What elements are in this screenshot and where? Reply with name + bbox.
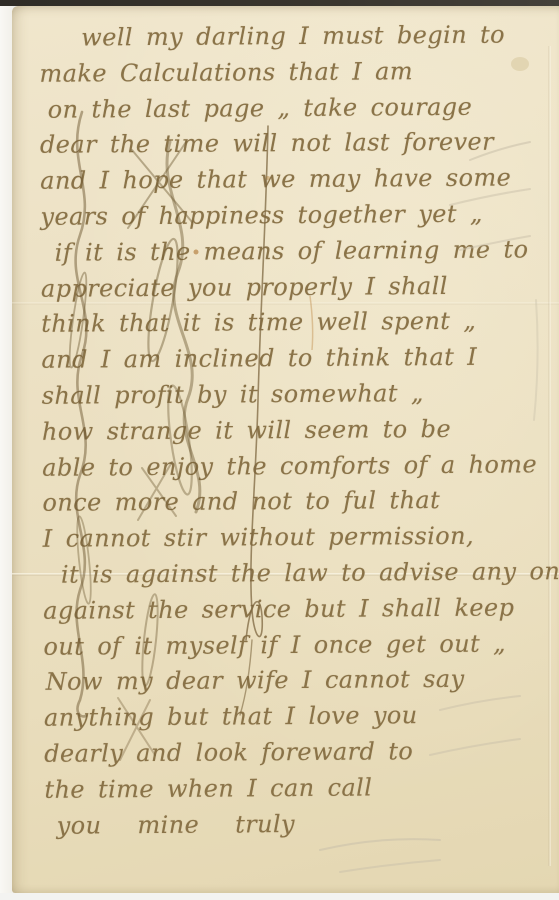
letter-line: the time when I can call bbox=[44, 772, 556, 811]
letter-line: anything but that I love you bbox=[44, 700, 556, 739]
letter-line: you mine truly bbox=[45, 808, 557, 847]
paper-sheet: well my darling I must begin to make Cal… bbox=[12, 6, 559, 893]
letter-line: once more and not to ful that bbox=[42, 486, 554, 525]
letter-line: how strange it will seem to be bbox=[42, 414, 554, 453]
letter-line: dearly and look foreward to bbox=[44, 736, 556, 775]
letter-line: able to enjoy the comforts of a home bbox=[42, 450, 554, 489]
letter-line: dear the time will not last forever bbox=[40, 128, 552, 167]
letter-line: years of happiness together yet „ bbox=[40, 199, 552, 238]
letter-line: it is against the law to advise any one bbox=[43, 557, 555, 596]
letter-line: shall profit by it somewhat „ bbox=[42, 378, 554, 417]
letter-line: if it is the means of learning me to bbox=[41, 235, 553, 274]
scanner-edge bbox=[0, 0, 559, 6]
letter-line: think that it is time well spent „ bbox=[41, 307, 553, 346]
scan-background-bottom bbox=[0, 893, 559, 900]
letter-line: out of it myself if I once get out „ bbox=[43, 629, 555, 668]
letter-line: I cannot stir without permission, bbox=[43, 521, 555, 560]
letter-line: on the last page „ take courage bbox=[40, 92, 552, 131]
letter-line: well my darling I must begin to bbox=[39, 20, 551, 59]
letter-line: and I hope that we may have some bbox=[40, 163, 552, 202]
letter-line: Now my dear wife I cannot say bbox=[44, 665, 556, 704]
letter-line: against the service but I shall keep bbox=[43, 593, 555, 632]
handwritten-text: well my darling I must begin to make Cal… bbox=[39, 20, 557, 847]
letter-line: and I am inclined to think that I bbox=[41, 342, 553, 381]
letter-line: make Calculations that I am bbox=[39, 56, 551, 95]
letter-line: appreciate you properly I shall bbox=[41, 271, 553, 310]
